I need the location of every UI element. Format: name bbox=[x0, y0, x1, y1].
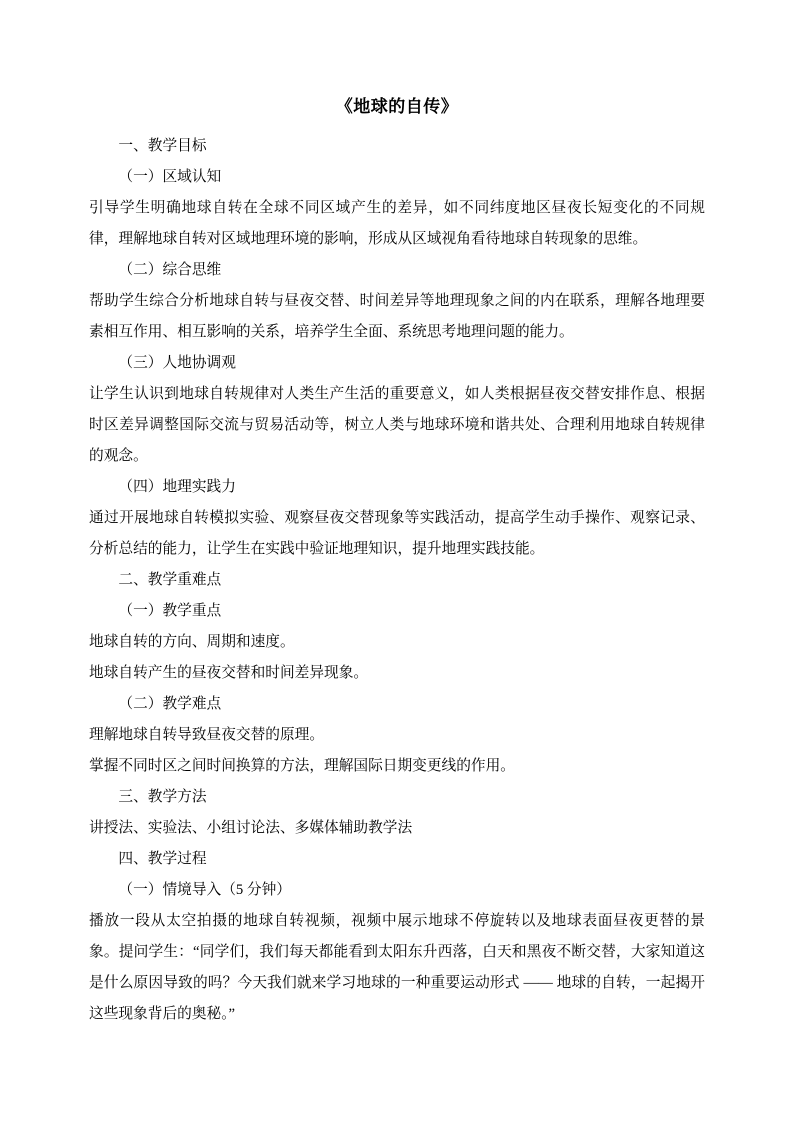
paragraph: 让学生认识到地球自转规律对人类生产生活的重要意义，如人类根据昼夜交替安排作息、根… bbox=[89, 379, 705, 472]
sub-heading: （二）综合思维 bbox=[89, 255, 705, 286]
sub-heading: （三）人地协调观 bbox=[89, 348, 705, 379]
paragraph: 引导学生明确地球自转在全球不同区域产生的差异，如不同纬度地区昼夜长短变化的不同规… bbox=[89, 193, 705, 255]
section-heading: 四、教学过程 bbox=[89, 844, 705, 875]
document-page: 《地球的自传》 一、教学目标（一）区域认知引导学生明确地球自转在全球不同区域产生… bbox=[0, 0, 794, 1123]
paragraph: 讲授法、实验法、小组讨论法、多媒体辅助教学法 bbox=[89, 813, 705, 844]
document-body: 一、教学目标（一）区域认知引导学生明确地球自转在全球不同区域产生的差异，如不同纬… bbox=[89, 131, 705, 1030]
sub-heading: （一）区域认知 bbox=[89, 162, 705, 193]
paragraph: 播放一段从太空拍摄的地球自转视频，视频中展示地球不停旋转以及地球表面昼夜更替的景… bbox=[89, 906, 705, 1030]
sub-heading: （二）教学难点 bbox=[89, 689, 705, 720]
paragraph: 理解地球自转导致昼夜交替的原理。 bbox=[89, 720, 705, 751]
paragraph: 地球自转的方向、周期和速度。 bbox=[89, 627, 705, 658]
sub-heading: （四）地理实践力 bbox=[89, 472, 705, 503]
sub-heading: （一）情境导入（5 分钟） bbox=[89, 875, 705, 906]
sub-heading: （一）教学重点 bbox=[89, 596, 705, 627]
section-heading: 一、教学目标 bbox=[89, 131, 705, 162]
section-heading: 三、教学方法 bbox=[89, 782, 705, 813]
paragraph: 通过开展地球自转模拟实验、观察昼夜交替现象等实践活动，提高学生动手操作、观察记录… bbox=[89, 503, 705, 565]
document-title: 《地球的自传》 bbox=[89, 91, 705, 122]
paragraph: 地球自转产生的昼夜交替和时间差异现象。 bbox=[89, 658, 705, 689]
paragraph: 掌握不同时区之间时间换算的方法，理解国际日期变更线的作用。 bbox=[89, 751, 705, 782]
paragraph: 帮助学生综合分析地球自转与昼夜交替、时间差异等地理现象之间的内在联系，理解各地理… bbox=[89, 286, 705, 348]
section-heading: 二、教学重难点 bbox=[89, 565, 705, 596]
